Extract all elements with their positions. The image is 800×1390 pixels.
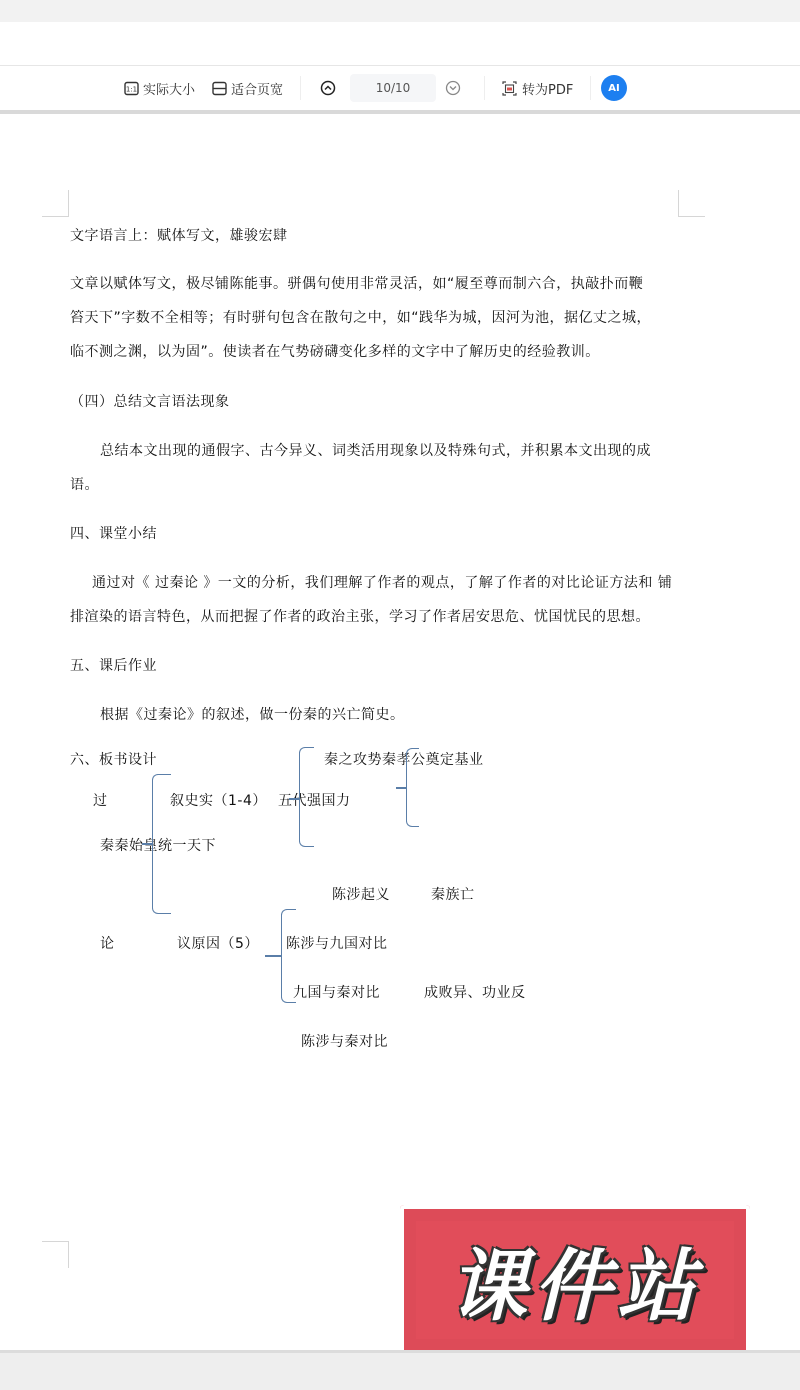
bracket-main-guo — [152, 774, 171, 914]
bottom-bar — [0, 1350, 800, 1390]
chevron-up-circle-icon — [320, 80, 336, 96]
page-number: 10/10 — [376, 81, 411, 95]
paragraph-line: 总结本文出现的通假字、古今异义、词类活用现象以及特殊句式，并积累本文出现的成 — [100, 441, 651, 461]
board-label-narrative: 叙史实（1-4） — [170, 791, 267, 811]
paragraph-heading: 文字语言上：赋体写文，雄骏宏肆 — [70, 226, 288, 246]
fit-width-button[interactable]: 适合页宽 — [212, 79, 283, 98]
toolbar-shadow — [0, 110, 800, 114]
bracket-tick — [265, 955, 281, 957]
board-label-guo: 过 — [93, 791, 108, 811]
chevron-down-circle-icon — [445, 80, 461, 96]
actual-size-icon: 1:1 — [124, 81, 139, 96]
convert-to-pdf-label: 转为PDF — [522, 79, 573, 98]
bracket-five-generations — [299, 747, 314, 847]
ai-assistant-button[interactable]: AI — [601, 75, 627, 101]
watermark-text: 课件站 — [449, 1224, 701, 1336]
fit-width-label: 适合页宽 — [231, 79, 283, 98]
actual-size-button[interactable]: 1:1 实际大小 — [124, 79, 195, 98]
actual-size-label: 实际大小 — [143, 79, 195, 98]
section-heading: 五、课后作业 — [70, 656, 157, 676]
paragraph-line: 通过对《 过秦论 》一文的分析，我们理解了作者的观点，了解了作者的对比论证方法和… — [92, 573, 672, 593]
top-bar — [0, 0, 800, 22]
bracket-reasons — [281, 909, 296, 1003]
board-label-nine-vs-qin: 九国与秦对比 — [293, 983, 380, 1003]
paragraph-line: 排渲染的语言特色，从而把握了作者的政治主张，学习了作者居安思危、忧国忧民的思想。 — [70, 607, 650, 627]
board-label-qin-fall: 秦族亡 — [431, 885, 475, 905]
board-label-chen-she-uprising: 陈涉起义 — [332, 885, 390, 905]
section-heading: 四、课堂小结 — [70, 524, 157, 544]
board-label-chen-she-vs-qin: 陈涉与秦对比 — [301, 1032, 388, 1052]
paragraph-line: 文章以赋体写文，极尽铺陈能事。骈偶句使用非常灵活，如“履至尊而制六合，执敲扑而鞭 — [70, 274, 643, 294]
board-label-chen-she-vs-nine: 陈涉与九国对比 — [286, 934, 388, 954]
previous-page-button[interactable] — [320, 80, 336, 96]
ai-icon: AI — [608, 83, 619, 94]
toolbar-divider — [300, 76, 301, 100]
header-band — [0, 22, 800, 66]
paragraph-line: 临不测之渊，以为固”。使读者在气势磅礴变化多样的文字中了解历史的经验教训。 — [70, 342, 600, 362]
section-heading: 六、板书设计 — [70, 750, 157, 770]
next-page-button[interactable] — [445, 80, 461, 96]
board-label-reasons: 议原因（5） — [177, 934, 259, 954]
board-label-five-generations: 五代强国力 — [278, 791, 351, 811]
paragraph-line: 语。 — [70, 475, 99, 495]
crop-mark-top-left — [42, 190, 69, 217]
bracket-qin-offensive — [406, 748, 419, 827]
watermark-stamp: 课件站 — [400, 1205, 750, 1355]
paragraph-line: 根据《过秦论》的叙述，做一份秦的兴亡简史。 — [100, 705, 405, 725]
convert-to-pdf-button[interactable]: 转为PDF — [501, 79, 573, 98]
crop-mark-top-right — [678, 190, 705, 217]
board-label-qin-offensive: 秦之攻势秦孝公奠定基业 — [324, 750, 484, 770]
bracket-tick — [289, 798, 299, 800]
paragraph-line: 笞天下”字数不全相等；有时骈句包含在散句之中，如“践华为城，因河为池，据亿丈之城… — [70, 308, 651, 328]
page-indicator[interactable]: 10/10 — [350, 74, 436, 102]
fit-width-icon — [212, 81, 227, 96]
bracket-tick — [142, 843, 152, 845]
crop-mark-bottom-left — [42, 1241, 69, 1268]
toolbar-divider — [590, 76, 591, 100]
pdf-convert-icon — [501, 80, 518, 97]
section-heading: （四）总结文言语法现象 — [70, 392, 230, 412]
board-label-lun: 论 — [100, 934, 115, 954]
board-label-success-failure: 成败异、功业反 — [424, 983, 526, 1003]
svg-text:1:1: 1:1 — [126, 86, 137, 94]
bracket-tick — [396, 787, 406, 789]
toolbar-divider — [484, 76, 485, 100]
